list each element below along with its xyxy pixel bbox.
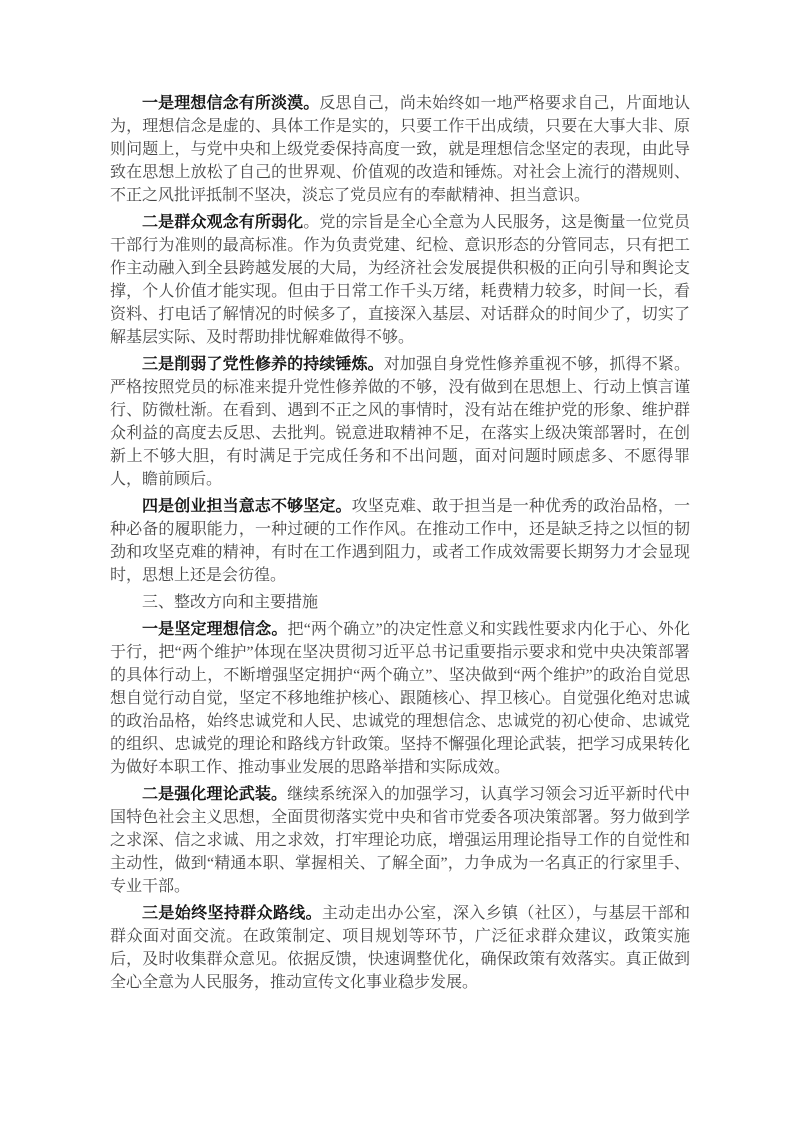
paragraph-text: 把“两个确立”的决定性意义和实践性要求内化于心、外化于行，把“两个维护”体现在坚… <box>110 621 690 776</box>
body-paragraph: 二是强化理论武装。继续系统深入的加强学习，认真学习领会习近平新时代中国特色社会主… <box>110 783 690 898</box>
section-heading: 三、整改方向和主要措施 <box>110 591 690 614</box>
body-paragraph: 一是坚定理想信念。把“两个确立”的决定性意义和实践性要求内化于心、外化于行，把“… <box>110 618 690 779</box>
paragraph-text: 对加强自身党性修养重视不够，抓得不紧。严格按照党员的标准来提升党性修养做的不够，… <box>110 356 690 488</box>
body-paragraph: 四是创业担当意志不够坚定。攻坚克难、敢于担当是一种优秀的政治品格，一种必备的履职… <box>110 495 690 587</box>
document-body: 一是理想信念有所淡漠。反思自己，尚未始终如一地严格要求自己，片面地认为，理想信念… <box>110 92 690 998</box>
body-paragraph: 三是始终坚持群众路线。主动走出办公室，深入乡镇（社区），与基层干部和群众面对面交… <box>110 902 690 994</box>
document-page: 一是理想信念有所淡漠。反思自己，尚未始终如一地严格要求自己，片面地认为，理想信念… <box>0 0 793 1122</box>
body-paragraph: 二是群众观念有所弱化。党的宗旨是全心全意为人民服务，这是衡量一位党员干部行为准则… <box>110 211 690 349</box>
paragraph-lead-bold: 三是始终坚持群众路线。 <box>142 905 322 922</box>
paragraph-lead-bold: 四是创业担当意志不够坚定。 <box>142 498 352 515</box>
paragraph-text: 。党的宗旨是全心全意为人民服务，这是衡量一位党员干部行为准则的最高标准。作为负责… <box>110 214 690 346</box>
paragraph-lead-bold: 一是坚定理想信念。 <box>142 621 288 638</box>
paragraph-lead-bold: 一是理想信念有所淡漠。 <box>142 95 319 112</box>
paragraph-lead-bold: 三是削弱了党性修养的持续锤炼。 <box>142 356 384 373</box>
paragraph-lead-bold: 二是群众观念有所弱化 <box>142 214 303 231</box>
paragraph-lead-bold: 二是强化理论武装。 <box>142 786 287 803</box>
body-paragraph: 一是理想信念有所淡漠。反思自己，尚未始终如一地严格要求自己，片面地认为，理想信念… <box>110 92 690 207</box>
body-paragraph: 三是削弱了党性修养的持续锤炼。对加强自身党性修养重视不够，抓得不紧。严格按照党员… <box>110 353 690 491</box>
